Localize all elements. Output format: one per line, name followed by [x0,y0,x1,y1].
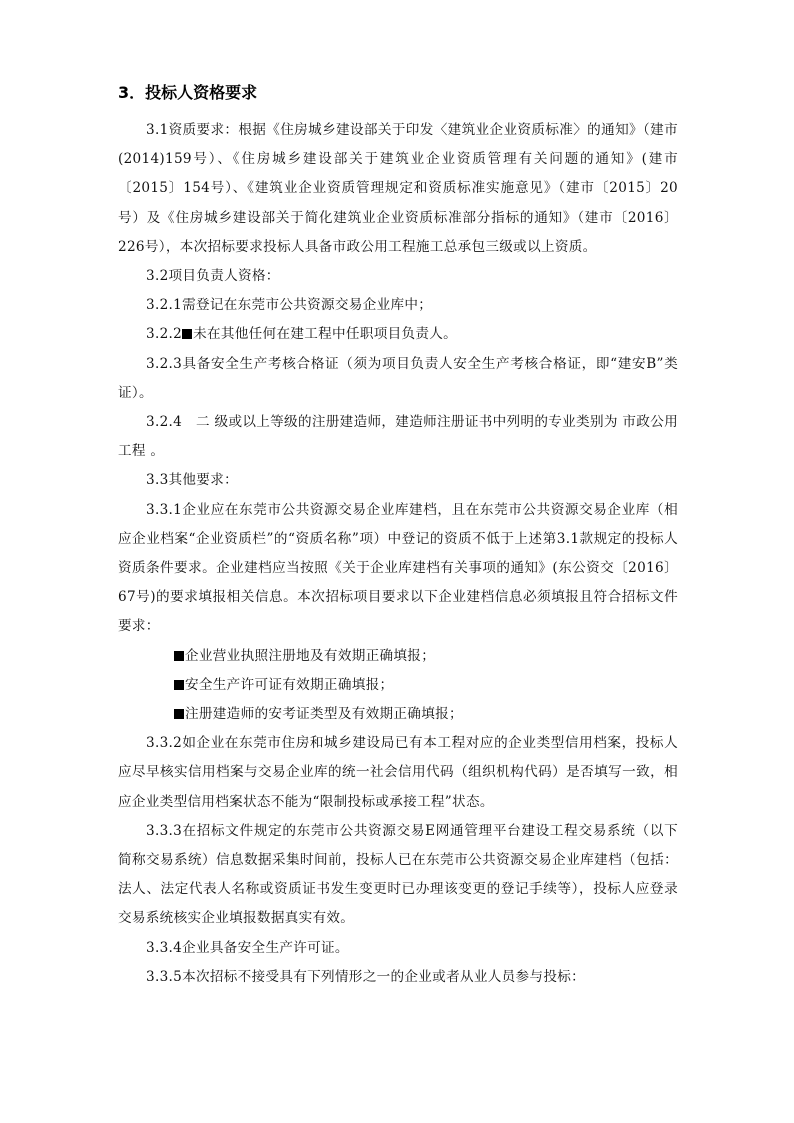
black-square-icon [182,329,192,339]
black-square-icon [174,680,184,690]
paragraph-3-3-5: 3.3.5本次招标不接受具有下列情形之一的企业或者从业人员参与投标： [118,963,678,992]
bullet-text: 安全生产许可证有效期正确填报； [185,677,393,693]
bullet-item: 企业营业执照注册地及有效期正确填报； [118,642,678,671]
paragraph-3-3-1: 3.3.1企业应在东莞市公共资源交易企业库建档，且在东莞市公共资源交易企业库（相… [118,496,678,642]
document-body: 3．投标人资格要求 3.1资质要求：根据《住房城乡建设部关于印发〈建筑业企业资质… [118,82,678,992]
bullet-text: 企业营业执照注册地及有效期正确填报； [185,648,435,664]
paragraph-3-2-2: 3.2.2未在其他任何在建工程中任职项目负责人。 [118,320,678,349]
paragraph-3-3: 3.3其他要求： [118,466,678,495]
paragraph-3-3-3: 3.3.3在招标文件规定的东莞市公共资源交易E网通管理平台建设工程交易系统（以下… [118,817,678,934]
bullet-item: 注册建造师的安考证类型及有效期正确填报； [118,700,678,729]
paragraph-3-2-1: 3.2.1需登记在东莞市公共资源交易企业库中； [118,291,678,320]
section-heading: 3．投标人资格要求 [118,82,678,104]
black-square-icon [174,651,184,661]
paragraph-3-3-4: 3.3.4企业具备安全生产许可证。 [118,934,678,963]
black-square-icon [174,709,184,719]
paragraph-3-2-4: 3.2.4 二 级或以上等级的注册建造师，建造师注册证书中列明的专业类别为 市政… [118,408,678,466]
document-page: 3．投标人资格要求 3.1资质要求：根据《住房城乡建设部关于印发〈建筑业企业资质… [0,0,794,1123]
paragraph-3-2: 3.2项目负责人资格： [118,262,678,291]
paragraph-3-2-2-number: 3.2.2 [146,326,182,342]
paragraph-3-2-2-text: 未在其他任何在建工程中任职项目负责人。 [193,326,457,342]
bullet-text: 注册建造师的安考证类型及有效期正确填报； [185,706,463,722]
paragraph-3-3-2: 3.3.2如企业在东莞市住房和城乡建设局已有本工程对应的企业类型信用档案，投标人… [118,729,678,817]
paragraph-3-1: 3.1资质要求：根据《住房城乡建设部关于印发〈建筑业企业资质标准〉的通知》（建市… [118,116,678,262]
paragraph-3-2-3: 3.2.3具备安全生产考核合格证（须为项目负责人安全生产考核合格证，即“建安B”… [118,350,678,408]
bullet-item: 安全生产许可证有效期正确填报； [118,671,678,700]
